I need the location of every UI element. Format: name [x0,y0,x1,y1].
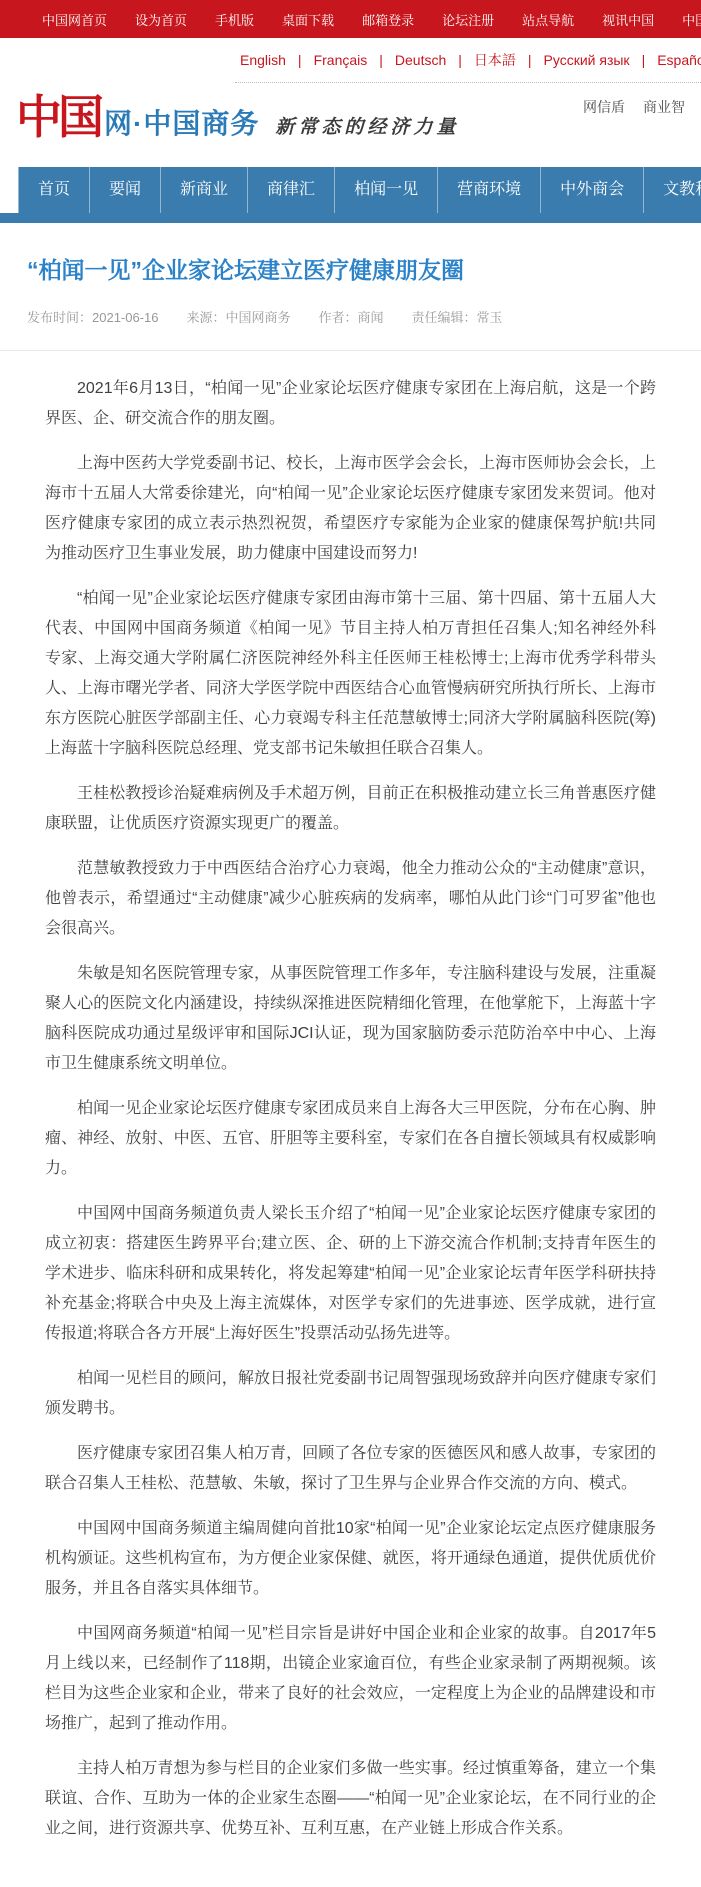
language-link[interactable]: Deutsch [367,52,446,68]
masthead-links: 网信盾商业智 [583,97,701,117]
language-link[interactable]: English [240,52,286,68]
article-paragraph: 医疗健康专家团召集人柏万青，回顾了各位专家的医德医风和感人故事，专家团的联合召集… [45,1439,656,1499]
nav-item[interactable]: 首页 [18,167,89,213]
nav-item[interactable]: 营商环境 [437,167,540,213]
article-paragraph: 柏闻一见企业家论坛医疗健康专家团成员来自上海各大三甲医院，分布在心胸、肿瘤、神经… [45,1094,656,1184]
topbar: 中国网首页设为首页手机版桌面下载邮箱登录论坛注册站点导航视讯中国中国供应商联播学… [0,0,701,38]
masthead-link[interactable]: 网信盾 [583,97,625,117]
article-paragraph: 主持人柏万青想为参与栏目的企业家们多做一些实事。经过慎重筹备，建立一个集联谊、合… [45,1754,656,1844]
topbar-link[interactable]: 中国供应商 [682,10,701,29]
nav-item[interactable]: 文教科创 [643,167,701,213]
topbar-link[interactable]: 视讯中国 [602,10,654,29]
article-paragraph: 中国网中国商务频道主编周健向首批10家“柏闻一见”企业家论坛定点医疗健康服务机构… [45,1514,656,1604]
language-link[interactable]: Français [286,52,367,68]
article-paragraph: 中国网商务频道“柏闻一见”栏目宗旨是讲好中国企业和企业家的故事。自2017年5月… [45,1619,656,1739]
article-paragraph: “柏闻一见”企业家论坛医疗健康专家团由海市第十三届、第十四届、第十五届人大代表、… [45,584,656,764]
nav-item[interactable]: 柏闻一见 [334,167,437,213]
page: 中国网首页设为首页手机版桌面下载邮箱登录论坛注册站点导航视讯中国中国供应商联播学… [0,0,701,1887]
masthead: 中国 网·中国商务 新常态的经济力量 网信盾商业智 [0,83,701,161]
nav-items: 首页要闻新商业商律汇柏闻一见营商环境中外商会文教科创 [18,167,701,213]
topbar-link[interactable]: 邮箱登录 [362,10,414,29]
language-bar: EnglishFrançaisDeutsch日本語Русский языкEsp… [235,38,701,83]
masthead-link[interactable]: 商业智 [643,97,685,117]
article-paragraph: 王桂松教授诊治疑难病例及手术超万例，目前正在积极推动建立长三角普惠医疗健康联盟，… [45,779,656,839]
article-paragraph: 上海中医药大学党委副书记、校长，上海市医学会会长，上海市医师协会会长，上海市十五… [45,449,656,569]
topbar-link[interactable]: 桌面下载 [282,10,334,29]
logo-slogan: 新常态的经济力量 [275,112,459,139]
language-link[interactable]: Русский язык [516,52,630,68]
article: “柏闻一见”企业家论坛建立医疗健康朋友圈 发布时间：2021-06-16来源：中… [0,255,701,1887]
meta-item: 责任编辑：常玉 [412,307,503,326]
topbar-link[interactable]: 论坛注册 [442,10,494,29]
nav-item[interactable]: 中外商会 [540,167,643,213]
article-body: 2021年6月13日，“柏闻一见”企业家论坛医疗健康专家团在上海启航，这是一个跨… [0,351,701,1887]
meta-item: 来源：中国网商务 [187,307,291,326]
topbar-link[interactable]: 手机版 [215,10,254,29]
topbar-link[interactable]: 设为首页 [135,10,187,29]
article-paragraph: 2021年6月13日，“柏闻一见”企业家论坛医疗健康专家团在上海启航，这是一个跨… [45,374,656,434]
topbar-link[interactable]: 站点导航 [522,10,574,29]
nav-bottom-strip [0,213,701,223]
logo-mark-icon: 中国 [16,87,100,147]
article-meta: 发布时间：2021-06-16来源：中国网商务作者：商闻责任编辑：常玉 [27,307,674,326]
logo-text: 网·中国商务 [104,102,259,142]
language-link[interactable]: 日本語 [446,50,516,70]
article-paragraph: 中国网中国商务频道负责人梁长玉介绍了“柏闻一见”企业家论坛医疗健康专家团的成立初… [45,1199,656,1349]
main-nav: 首页要闻新商业商律汇柏闻一见营商环境中外商会文教科创 [0,167,701,223]
nav-item[interactable]: 商律汇 [247,167,334,213]
article-paragraph: 朱敏是知名医院管理专家，从事医院管理工作多年，专注脑科建设与发展，注重凝聚人心的… [45,959,656,1079]
nav-item[interactable]: 新商业 [160,167,247,213]
meta-item: 作者：商闻 [319,307,384,326]
site-logo[interactable]: 中国 网·中国商务 新常态的经济力量 [16,87,459,147]
article-paragraph: 范慧敏教授致力于中西医结合治疗心力衰竭，他全力推动公众的“主动健康”意识，他曾表… [45,854,656,944]
topbar-link[interactable]: 中国网首页 [42,10,107,29]
meta-item: 发布时间：2021-06-16 [27,307,159,326]
language-link[interactable]: Español [630,52,701,68]
article-paragraph: 柏闻一见栏目的顾问，解放日报社党委副书记周智强现场致辞并向医疗健康专家们颁发聘书… [45,1364,656,1424]
nav-item[interactable]: 要闻 [89,167,160,213]
article-title: “柏闻一见”企业家论坛建立医疗健康朋友圈 [27,255,674,285]
